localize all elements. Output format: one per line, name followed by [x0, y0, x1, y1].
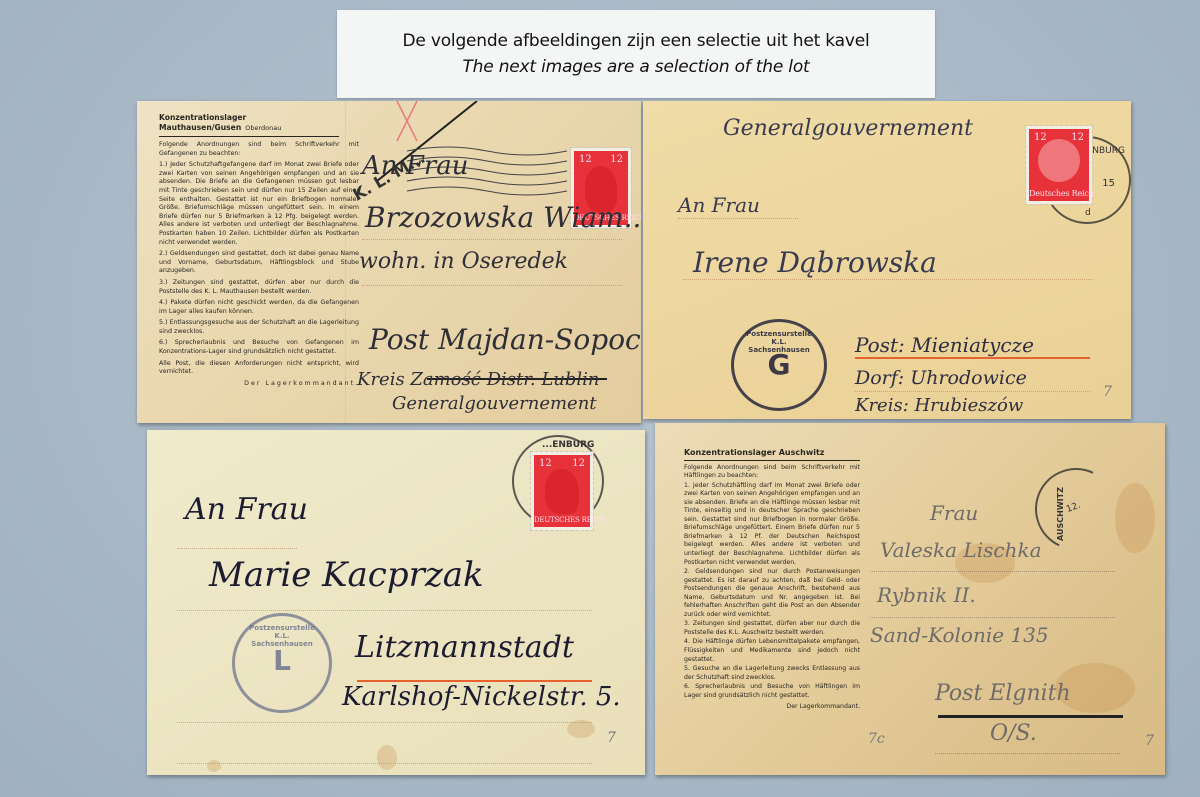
rule-item: 2.) Geldsendungen sind gestattet, doch i…: [159, 250, 359, 276]
rule-item: 1.) Jeder Schutzhaftgefangene darf im Mo…: [159, 161, 359, 247]
address-line: An Frau: [185, 492, 308, 527]
address-line: Rybnik II.: [877, 583, 976, 607]
camp-rules-text: Konzentrationslager Mauthausen/GusenOber…: [159, 113, 359, 388]
rule-item: 4.) Pakete dürfen nicht geschickt werden…: [159, 299, 359, 316]
caption-dutch: De volgende afbeeldingen zijn een select…: [337, 31, 935, 51]
address-line: An Frau: [362, 151, 469, 181]
dotted-line: [683, 279, 1093, 280]
rule-item: 1. Jeder Schutzhäftling darf im Monat zw…: [684, 482, 860, 567]
rules-intro: Folgende Anordnungen sind beim Schriftve…: [159, 141, 359, 158]
dotted-line: [855, 391, 1090, 392]
address-line: Brzozowska Wiam...: [365, 201, 641, 234]
rule-item: 3.) Zeitungen sind gestattet, dürfen abe…: [159, 279, 359, 296]
postage-stamp: 12 12 DEUTSCHES REICH: [531, 452, 593, 530]
address-line: Valeska Lischka: [880, 538, 1042, 562]
address-line: Post Majdan-Sopocki: [369, 323, 641, 356]
pencil-mark: 7: [1145, 733, 1154, 749]
pencil-mark: 7: [607, 730, 616, 746]
address-line: wohn. in Oseredek: [359, 249, 568, 274]
address-line: Kreis Zamość Distr. Lublin: [357, 369, 600, 390]
rule-item: 4. Die Häftlinge dürfen Lebensmittelpake…: [684, 638, 860, 664]
postcard-dabrowska: Generalgouvernement An Frau Irene Dąbrow…: [643, 101, 1131, 419]
rule-item: 6.) Sprecherlaubnis und Besuche von Gefa…: [159, 339, 359, 356]
postcard-kacprzak: An Frau Marie Kacprzak Litzmannstadt Kar…: [147, 430, 645, 775]
signature: Der Lagerkommandant.: [684, 703, 860, 712]
caption-banner: De volgende afbeeldingen zijn een select…: [337, 10, 935, 98]
address-line: Karlshof-Nickelstr. 5.: [342, 682, 621, 712]
caption-english: The next images are a selection of the l…: [337, 57, 935, 77]
address-line: O/S.: [990, 721, 1037, 746]
camp-title: Konzentrationslager Mauthausen/GusenOber…: [159, 113, 359, 133]
postcard-mauthausen: Konzentrationslager Mauthausen/GusenOber…: [137, 101, 641, 423]
address-line: Marie Kacprzak: [209, 555, 484, 595]
rule-item: 6. Sprecherlaubnis und Besuche von Häftl…: [684, 683, 860, 700]
address-line: An Frau: [678, 193, 760, 217]
censor-stamp: Postzensurstelle K.L. Sachsenhausen G: [731, 319, 827, 411]
dotted-line: [870, 617, 1115, 618]
pencil-mark: 7c: [868, 731, 885, 747]
rule-item: 2. Geldsendungen sind nur durch Postanwe…: [684, 568, 860, 619]
address-line: Dorf: Uhrodowice: [855, 367, 1027, 389]
title-underline: [159, 136, 339, 137]
rule-item: 5.) Entlassungsgesuche aus der Schutzhaf…: [159, 319, 359, 336]
rule-item: 3. Zeitungen sind gestattet, dürfen aber…: [684, 620, 860, 637]
portrait: [1038, 139, 1080, 182]
dotted-line: [678, 218, 798, 219]
dotted-line: [362, 285, 622, 286]
rules-intro: Folgende Anordnungen sind beim Schriftve…: [684, 464, 860, 481]
camp-rules-text: Konzentrationslager Auschwitz Folgende A…: [684, 449, 860, 712]
portrait: [545, 469, 579, 514]
address-line: Kreis: Hrubieszów: [855, 395, 1023, 416]
dotted-line: [935, 753, 1120, 754]
address-line: Sand-Kolonie 135: [870, 623, 1049, 647]
dotted-line: [362, 239, 622, 240]
header-line: Generalgouvernement: [723, 116, 973, 141]
rule-item: 5. Gesuche an die Lagerleitung zwecks En…: [684, 665, 860, 682]
stain: [567, 720, 595, 738]
stain: [1115, 483, 1155, 553]
dotted-line: [870, 571, 1115, 572]
stain: [377, 745, 397, 770]
dotted-line: [177, 548, 297, 549]
address-line: Post: Mieniatycze: [855, 333, 1034, 357]
address-line: Litzmannstadt: [355, 630, 574, 665]
address-line: Irene Dąbrowska: [693, 246, 937, 279]
rules-closing: Alle Post, die diesen Anforderungen nich…: [159, 360, 359, 377]
dotted-line: [177, 722, 592, 723]
address-line: Generalgouvernement: [392, 393, 597, 414]
postcard-auschwitz: Konzentrationslager Auschwitz Folgende A…: [655, 423, 1165, 775]
underline: [938, 715, 1123, 718]
address-line: Post Elgnith: [935, 681, 1071, 706]
censor-stamp: Postzensurstelle K.L. Sachsenhausen L: [232, 613, 332, 713]
pencil-mark: 7: [1103, 384, 1112, 400]
camp-title: Konzentrationslager Auschwitz: [684, 449, 860, 461]
signature: Der Lagerkommandant.: [159, 380, 359, 389]
address-line: Frau: [930, 501, 978, 525]
stain: [207, 760, 221, 772]
postage-stamp: 12 12 Deutsches Reich: [1026, 126, 1092, 204]
dotted-line: [177, 610, 592, 611]
red-underline: [855, 357, 1090, 359]
